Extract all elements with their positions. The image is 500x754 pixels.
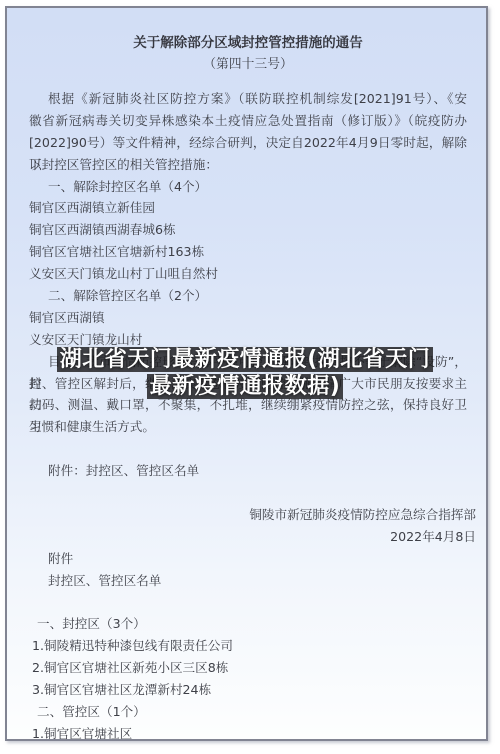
list-item: 铜官区西湖镇 bbox=[29, 307, 467, 329]
attachment-label: 附件 bbox=[29, 548, 467, 570]
notice-number: （第四十三号） bbox=[29, 54, 467, 76]
section-heading: 一、封控区（3个） bbox=[29, 613, 467, 635]
section-heading: 一、解除封控区名单（4个） bbox=[29, 176, 467, 198]
body-line: [2022]90号）等文件精神，经综合研判，决定自2022年4月9日零时起，解除… bbox=[29, 132, 467, 154]
watermark-overlay: 湖北省天门最新疫情通报(湖北省天门 最新疫情通报数据) bbox=[0, 346, 495, 400]
list-item: 2.铜官区官塘社区新苑小区三区8栋 bbox=[29, 657, 467, 679]
list-item: 1.铜官区官塘社区 bbox=[29, 723, 467, 741]
list-item: 铜官区官塘社区官塘新村163栋 bbox=[29, 241, 467, 263]
body-line: 习惯和健康生活方式。 bbox=[29, 416, 467, 438]
list-item: 铜官区西湖镇立新佳园 bbox=[29, 197, 467, 219]
watermark-row: 湖北省天门最新疫情通报(湖北省天门 bbox=[0, 346, 495, 373]
notice-title: 关于解除部分区域封控管控措施的通告 bbox=[29, 32, 467, 54]
attachment-reference: 附件：封控区、管控区名单 bbox=[29, 460, 467, 482]
date-line: 2022年4月8日 bbox=[29, 526, 476, 548]
watermark-row: 最新疫情通报数据) bbox=[0, 373, 495, 400]
blank-line bbox=[29, 482, 467, 504]
list-item: 铜官区西湖镇西湖春城6栋 bbox=[29, 219, 467, 241]
blank-line bbox=[29, 591, 467, 613]
blank-line bbox=[29, 438, 467, 460]
signature-line: 铜陵市新冠肺炎疫情防控应急综合指挥部 bbox=[29, 504, 476, 526]
list-item: 义安区天门镇龙山村丁山咀自然村 bbox=[29, 263, 467, 285]
section-heading: 二、解除管控区名单（2个） bbox=[29, 285, 467, 307]
list-item: 1.铜陵精迅特种漆包线有限责任公司 bbox=[29, 635, 467, 657]
section-heading: 二、管控区（1个） bbox=[29, 701, 467, 723]
body-line: 根据《新冠肺炎社区防控方案》（联防联控机制综发[2021]91号）、《安 bbox=[29, 88, 467, 110]
list-item: 3.铜官区官塘社区龙潭新村24栋 bbox=[29, 679, 467, 701]
watermark-line-1: 湖北省天门最新疫情通报(湖北省天门 bbox=[57, 347, 434, 372]
watermark-line-2: 最新疫情通报数据) bbox=[147, 374, 344, 399]
notice-body: 根据《新冠肺炎社区防控方案》（联防联控机制综发[2021]91号）、《安 徽省新… bbox=[29, 88, 467, 741]
body-line: 下封控区管控区的相关管控措施： bbox=[29, 154, 467, 176]
body-line: 徽省新冠病毒关切变异株感染本土疫情应急处置指南（修订版）》（皖疫防办 bbox=[29, 110, 467, 132]
attachment-title: 封控区、管控区名单 bbox=[29, 570, 467, 592]
